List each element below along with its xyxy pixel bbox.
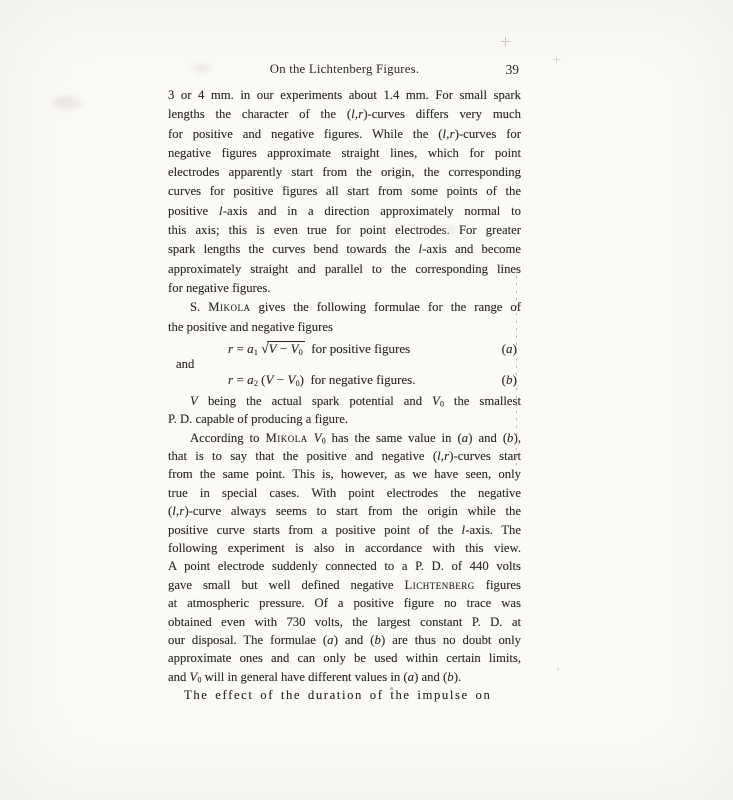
scan-artifact-speck	[557, 668, 559, 670]
scan-artifact-plus-mark	[501, 37, 510, 46]
text-line: approximately straight and parallel to t…	[168, 260, 521, 279]
scan-artifact-smudge	[444, 226, 456, 233]
page-number: 39	[506, 62, 519, 78]
scan-artifact-plus-mark	[553, 56, 560, 63]
text-line: V being the actual spark potential and V…	[168, 392, 521, 410]
text-line: approximate ones and can only be used wi…	[168, 649, 521, 667]
text-line: and	[168, 357, 521, 371]
text-line: obtained even with 730 volts, the larges…	[168, 613, 521, 631]
text-line: positive l-axis and in a direction appro…	[168, 202, 521, 221]
text-line: (l,r)-curve always seems to start from t…	[168, 502, 521, 520]
text-line: and V0 will in general have different va…	[168, 668, 521, 686]
text-line: lengths the character of the (l,r)-curve…	[168, 105, 521, 124]
formula-label: (b)	[502, 371, 517, 388]
scan-artifact-smudge	[52, 96, 82, 110]
text-line: electrodes apparently start from the ori…	[168, 163, 521, 182]
text-line: gave small but well defined negative Lic…	[168, 576, 521, 594]
scan-artifact-smudge	[193, 64, 211, 73]
text-line: A point electrode suddenly connected to …	[168, 557, 521, 575]
text-line: from the same point. This is, however, a…	[168, 465, 521, 483]
text-line: our disposal. The formulae (a) and (b) a…	[168, 631, 521, 649]
text-line: S. Mikola gives the following formulae f…	[168, 298, 521, 317]
text-line: negative figures approximate straight li…	[168, 144, 521, 163]
formula-label: (a)	[502, 341, 517, 357]
page-body: 3 or 4 mm. in our experiments about 1.4 …	[168, 86, 521, 705]
text-line: this axis; this is even true for point e…	[168, 221, 521, 240]
scan-artifact-speck	[390, 687, 393, 690]
scanned-paper-page: On the Lichtenberg Figures. 39 3 or 4 mm…	[0, 0, 733, 800]
text-line: following experiment is also in accordan…	[168, 539, 521, 557]
text-line: for positive and negative figures. While…	[168, 125, 521, 144]
scan-artifact-dashed-line	[516, 268, 517, 472]
text-line: 3 or 4 mm. in our experiments about 1.4 …	[168, 86, 521, 105]
text-line: the positive and negative figures	[168, 318, 521, 337]
text-line: spark lengths the curves bend towards th…	[168, 240, 521, 259]
text-line: at atmospheric pressure. Of a positive f…	[168, 594, 521, 612]
text-line: The effect of the duration of the impuls…	[168, 686, 521, 704]
formula-line: r = a1 √V − V0 for positive figures(a)	[168, 341, 521, 357]
text-line: that is to say that the positive and neg…	[168, 447, 521, 465]
text-line: According to Mikola V0 has the same valu…	[168, 429, 521, 447]
formula: r = a2 (V − V0) for negative figures.	[228, 372, 416, 387]
text-line: for negative figures.	[168, 279, 521, 298]
text-line: curves for positive figures all start fr…	[168, 182, 521, 201]
running-title: On the Lichtenberg Figures.	[168, 62, 521, 77]
page-header: On the Lichtenberg Figures. 39	[168, 62, 521, 80]
formula-line: r = a2 (V − V0) for negative figures.(b)	[168, 371, 521, 388]
text-line: positive curve starts from a positive po…	[168, 521, 521, 539]
formula: r = a1 √V − V0 for positive figures	[228, 341, 410, 356]
text-line: P. D. capable of producing a figure.	[168, 410, 521, 428]
text-line: true in special cases. With point electr…	[168, 484, 521, 502]
